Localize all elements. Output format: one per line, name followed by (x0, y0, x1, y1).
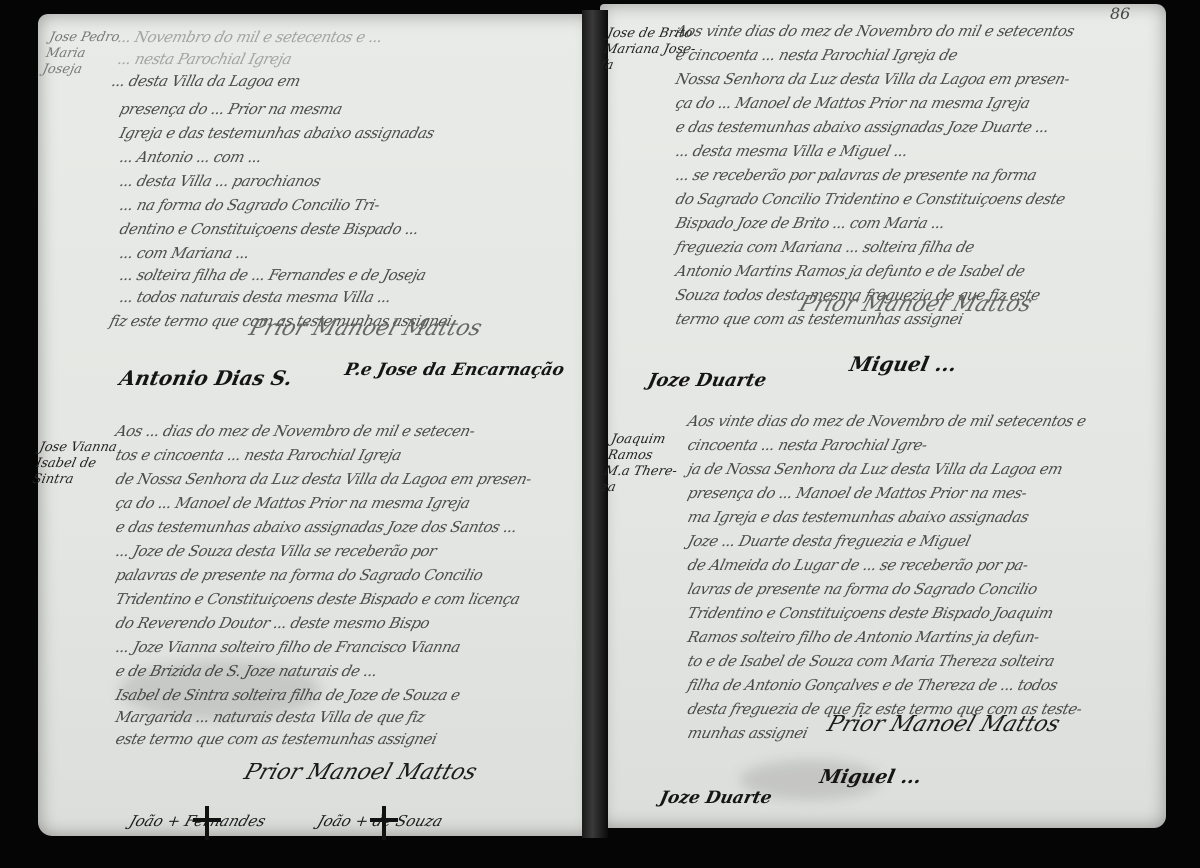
text-line: ... Novembro do mil e setecentos e ... (116, 28, 384, 46)
text-line: to e de Isabel de Souza com Maria Therez… (686, 652, 1057, 670)
text-line: ... Joze Vianna solteiro filho de Franci… (114, 638, 462, 656)
signature: Prior Manoel Mattos (246, 316, 485, 341)
text-line: e das testemunhas abaixo assignadas Joze… (674, 118, 1051, 136)
book-gutter (582, 10, 608, 838)
text-line: ça do ... Manoel de Mattos Prior na mesm… (114, 494, 472, 512)
signature: Prior Manoel Mattos (241, 760, 480, 785)
text-line: ... na forma do Sagrado Concilio Tri- (118, 196, 382, 214)
text-line: tos e cincoenta ... nesta Parochial Igre… (114, 446, 403, 464)
text-line: ... solteira filha de ... Fernandes e de… (118, 266, 428, 284)
text-line: ja de Nossa Senhora da Luz desta Villa d… (686, 460, 1065, 478)
signature: Prior Manoel Mattos (824, 712, 1063, 737)
text-line: de Almeida do Lugar de ... se receberão … (686, 556, 1030, 574)
text-line: ma Igreja e das testemunhas abaixo assig… (686, 508, 1031, 526)
witness-name: Joze Duarte (646, 370, 769, 391)
text-line: cincoenta ... nesta Parochial Igre- (686, 436, 929, 454)
text-line: ... desta mesma Villa e Miguel ... (674, 142, 910, 160)
text-line: filha de Antonio Gonçalves e de Thereza … (686, 676, 1060, 694)
text-line: Isabel de Sintra solteira filha de Joze … (114, 686, 462, 704)
text-line: Antonio Martins Ramos ja defunto e de Is… (674, 262, 1027, 280)
text-line: este termo que com as testemunhas assign… (114, 730, 439, 748)
text-line: do Sagrado Concilio Tridentino e Constit… (674, 190, 1067, 208)
text-line: dentino e Constituiçoens deste Bispado .… (118, 220, 421, 238)
text-line: e das testemunhas abaixo assignadas Joze… (114, 518, 519, 536)
text-line: ... Antonio ... com ... (118, 148, 264, 166)
text-line: e de Brizida de S. Joze naturais de ... (114, 662, 379, 680)
witness-name: Joze Duarte (658, 788, 774, 808)
text-line: presença do ... Prior na mesma (118, 100, 344, 118)
text-line: Aos vinte dias do mez de Novembro do mil… (674, 22, 1076, 40)
text-line: ... nesta Parochial Igreja (116, 50, 294, 68)
text-line: ... desta Villa da Lagoa em (110, 72, 302, 90)
text-line: Tridentino e Constituiçoens deste Bispad… (686, 604, 1055, 622)
text-line: e cincoenta ... nesta Parochial Igreja d… (674, 46, 960, 64)
text-line: freguezia com Mariana ... solteira filha… (674, 238, 976, 256)
text-line: ... com Mariana ... (118, 244, 251, 262)
text-line: do Reverendo Doutor ... deste mesmo Bisp… (114, 614, 432, 632)
text-line: ... desta Villa ... parochianos (118, 172, 323, 190)
text-line: de Nossa Senhora da Luz desta Villa da L… (114, 470, 533, 488)
text-line: Ramos solteiro filho de Antonio Martins … (686, 628, 1041, 646)
text-line: ... todos naturais desta mesma Villa ... (118, 288, 393, 306)
witness-name: Miguel ... (818, 766, 924, 788)
cross-mark-icon (382, 806, 386, 840)
text-line: munhas assignei (686, 724, 810, 742)
document-scan: Jose Pedro Maria Joseja ... Novembro do … (0, 0, 1200, 868)
margin-note: Jose Vianna Isabel de Sintra (31, 440, 118, 488)
witness-name: Miguel ... (847, 352, 959, 376)
margin-note: Jose Pedro Maria Joseja (41, 30, 121, 78)
text-line: Margarida ... naturais desta Villa de qu… (114, 708, 427, 726)
text-line: ça do ... Manoel de Mattos Prior na mesm… (674, 94, 1032, 112)
text-line: presença do ... Manoel de Mattos Prior n… (686, 484, 1029, 502)
signature: Prior Manoel Mattos (796, 292, 1035, 317)
text-line: ... Joze de Souza desta Villa se receber… (114, 542, 438, 560)
text-line: lavras de presente na forma do Sagrado C… (686, 580, 1039, 598)
text-line: palavras de presente na forma do Sagrado… (114, 566, 485, 584)
text-line: Bispado Joze de Brito ... com Maria ... (674, 214, 947, 232)
text-line: Nossa Senhora da Luz desta Villa da Lago… (674, 70, 1072, 88)
text-line: Aos vinte dias do mez de Novembro de mil… (686, 412, 1088, 430)
text-line: ... se receberão por palavras de present… (674, 166, 1039, 184)
cross-mark-icon (205, 806, 209, 840)
text-line: Aos ... dias do mez de Novembro de mil e… (114, 422, 477, 440)
text-line: Joze ... Duarte desta freguezia e Miguel (686, 532, 972, 550)
entry-heading-groom: Antonio Dias S. (117, 366, 294, 390)
page-number: 86 (1110, 4, 1130, 23)
text-line: Igreja e das testemunhas abaixo assignad… (118, 124, 436, 142)
text-line: Tridentino e Constituiçoens deste Bispad… (114, 590, 522, 608)
margin-note: Joaquim Ramos M.a There- za (599, 432, 685, 496)
entry-heading-priest: P.e Jose da Encarnação (343, 360, 566, 380)
